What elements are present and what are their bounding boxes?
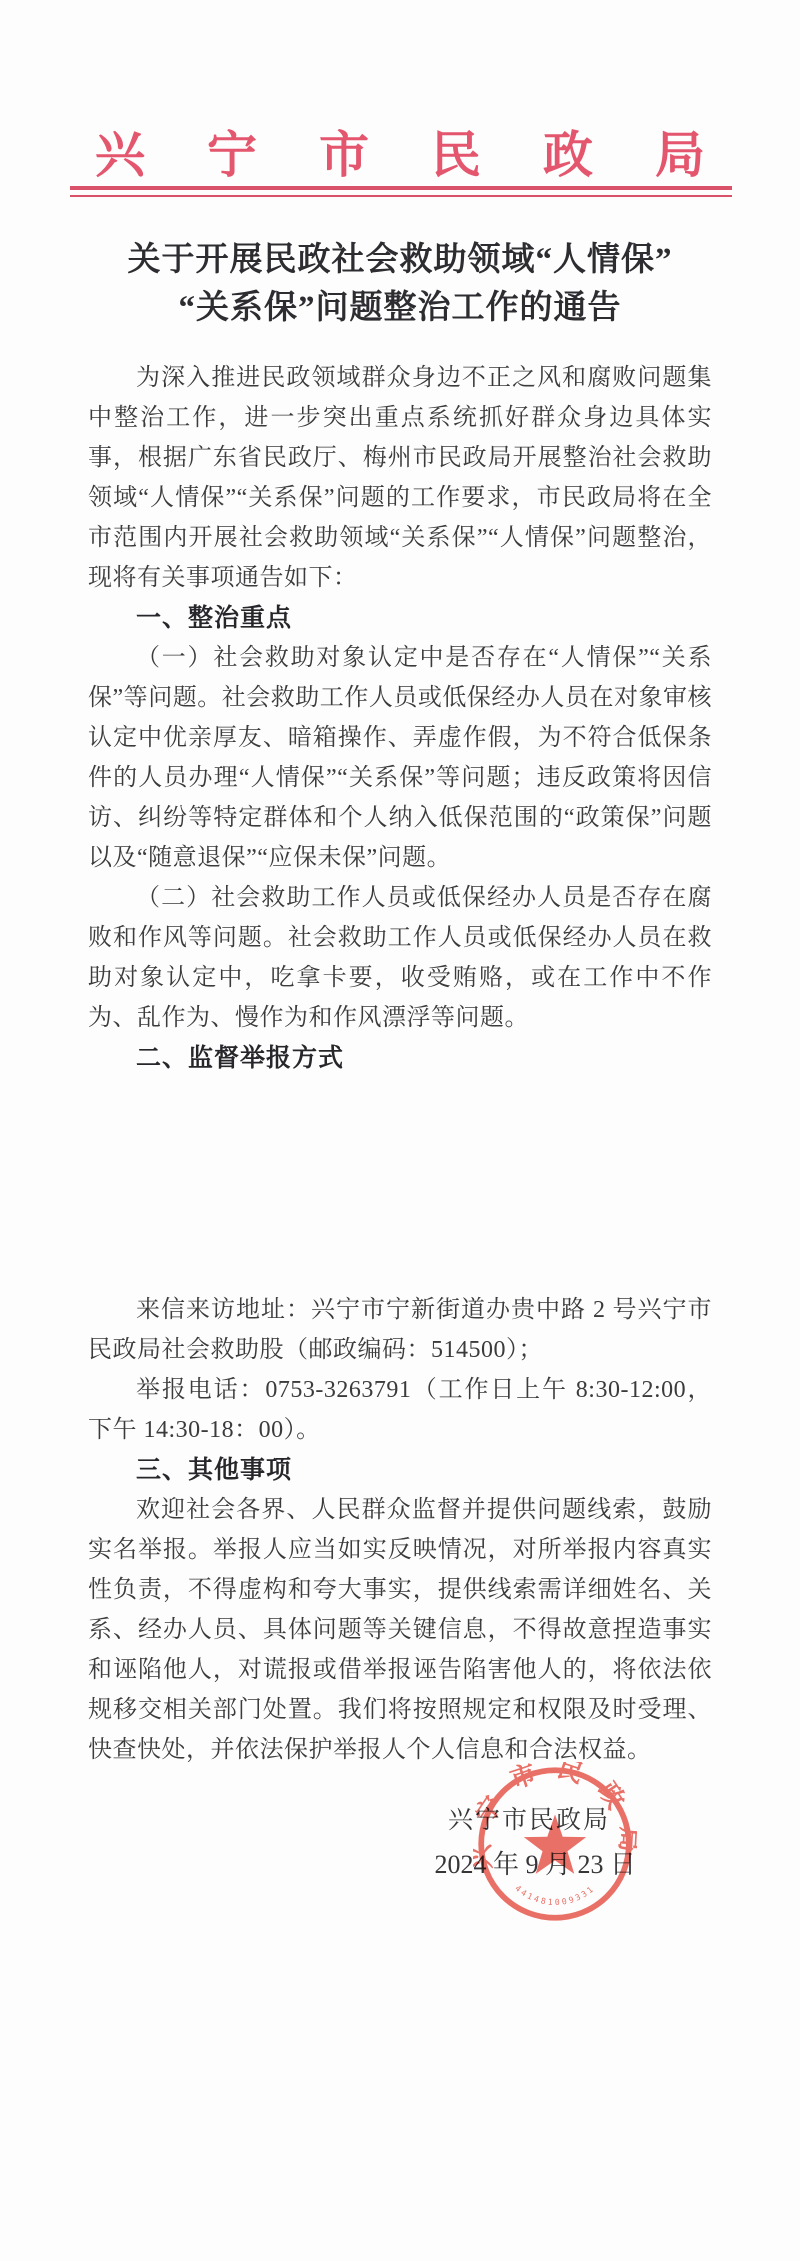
section-3-paragraph: 欢迎社会各界、人民群众监督并提供问题线索，鼓励实名举报。举报人应当如实反映情况，…	[88, 1490, 712, 1770]
document-title: 关于开展民政社会救助领域“人情保” “关系保”问题整治工作的通告	[0, 236, 800, 332]
seal-star-icon	[524, 1814, 586, 1873]
official-seal: 兴宁市民政局 441481009331	[473, 1762, 637, 1926]
seal-code: 441481009331	[513, 1883, 596, 1907]
blank-gap	[88, 1078, 712, 1290]
banner-divider	[70, 186, 732, 197]
title-line-1: 关于开展民政社会救助领域“人情保”	[0, 236, 800, 284]
section-3-heading: 三、其他事项	[88, 1450, 712, 1490]
section-1-item-2: （二）社会救助工作人员或低保经办人员是否存在腐败和作风等问题。社会救助工作人员或…	[88, 878, 712, 1038]
svg-text:441481009331: 441481009331	[513, 1883, 596, 1907]
agency-banner: 兴宁市民政局	[0, 124, 800, 186]
section-1-heading: 一、整治重点	[88, 598, 712, 638]
document-body: 为深入推进民政领域群众身边不正之风和腐败问题集中整治工作，进一步突出重点系统抓好…	[88, 358, 712, 1770]
title-line-2: “关系保”问题整治工作的通告	[0, 284, 800, 332]
section-2-heading: 二、监督举报方式	[88, 1038, 712, 1078]
hotline-line: 举报电话：0753-3263791（工作日上午 8:30-12:00，下午 14…	[88, 1370, 712, 1450]
mail-address-line: 来信来访地址：兴宁市宁新街道办贵中路 2 号兴宁市民政局社会救助股（邮政编码：5…	[88, 1290, 712, 1370]
document-page: 兴宁市民政局 关于开展民政社会救助领域“人情保” “关系保”问题整治工作的通告 …	[0, 0, 800, 2261]
intro-paragraph: 为深入推进民政领域群众身边不正之风和腐败问题集中整治工作，进一步突出重点系统抓好…	[88, 358, 712, 598]
section-1-item-1: （一）社会救助对象认定中是否存在“人情保”“关系保”等问题。社会救助工作人员或低…	[88, 638, 712, 878]
